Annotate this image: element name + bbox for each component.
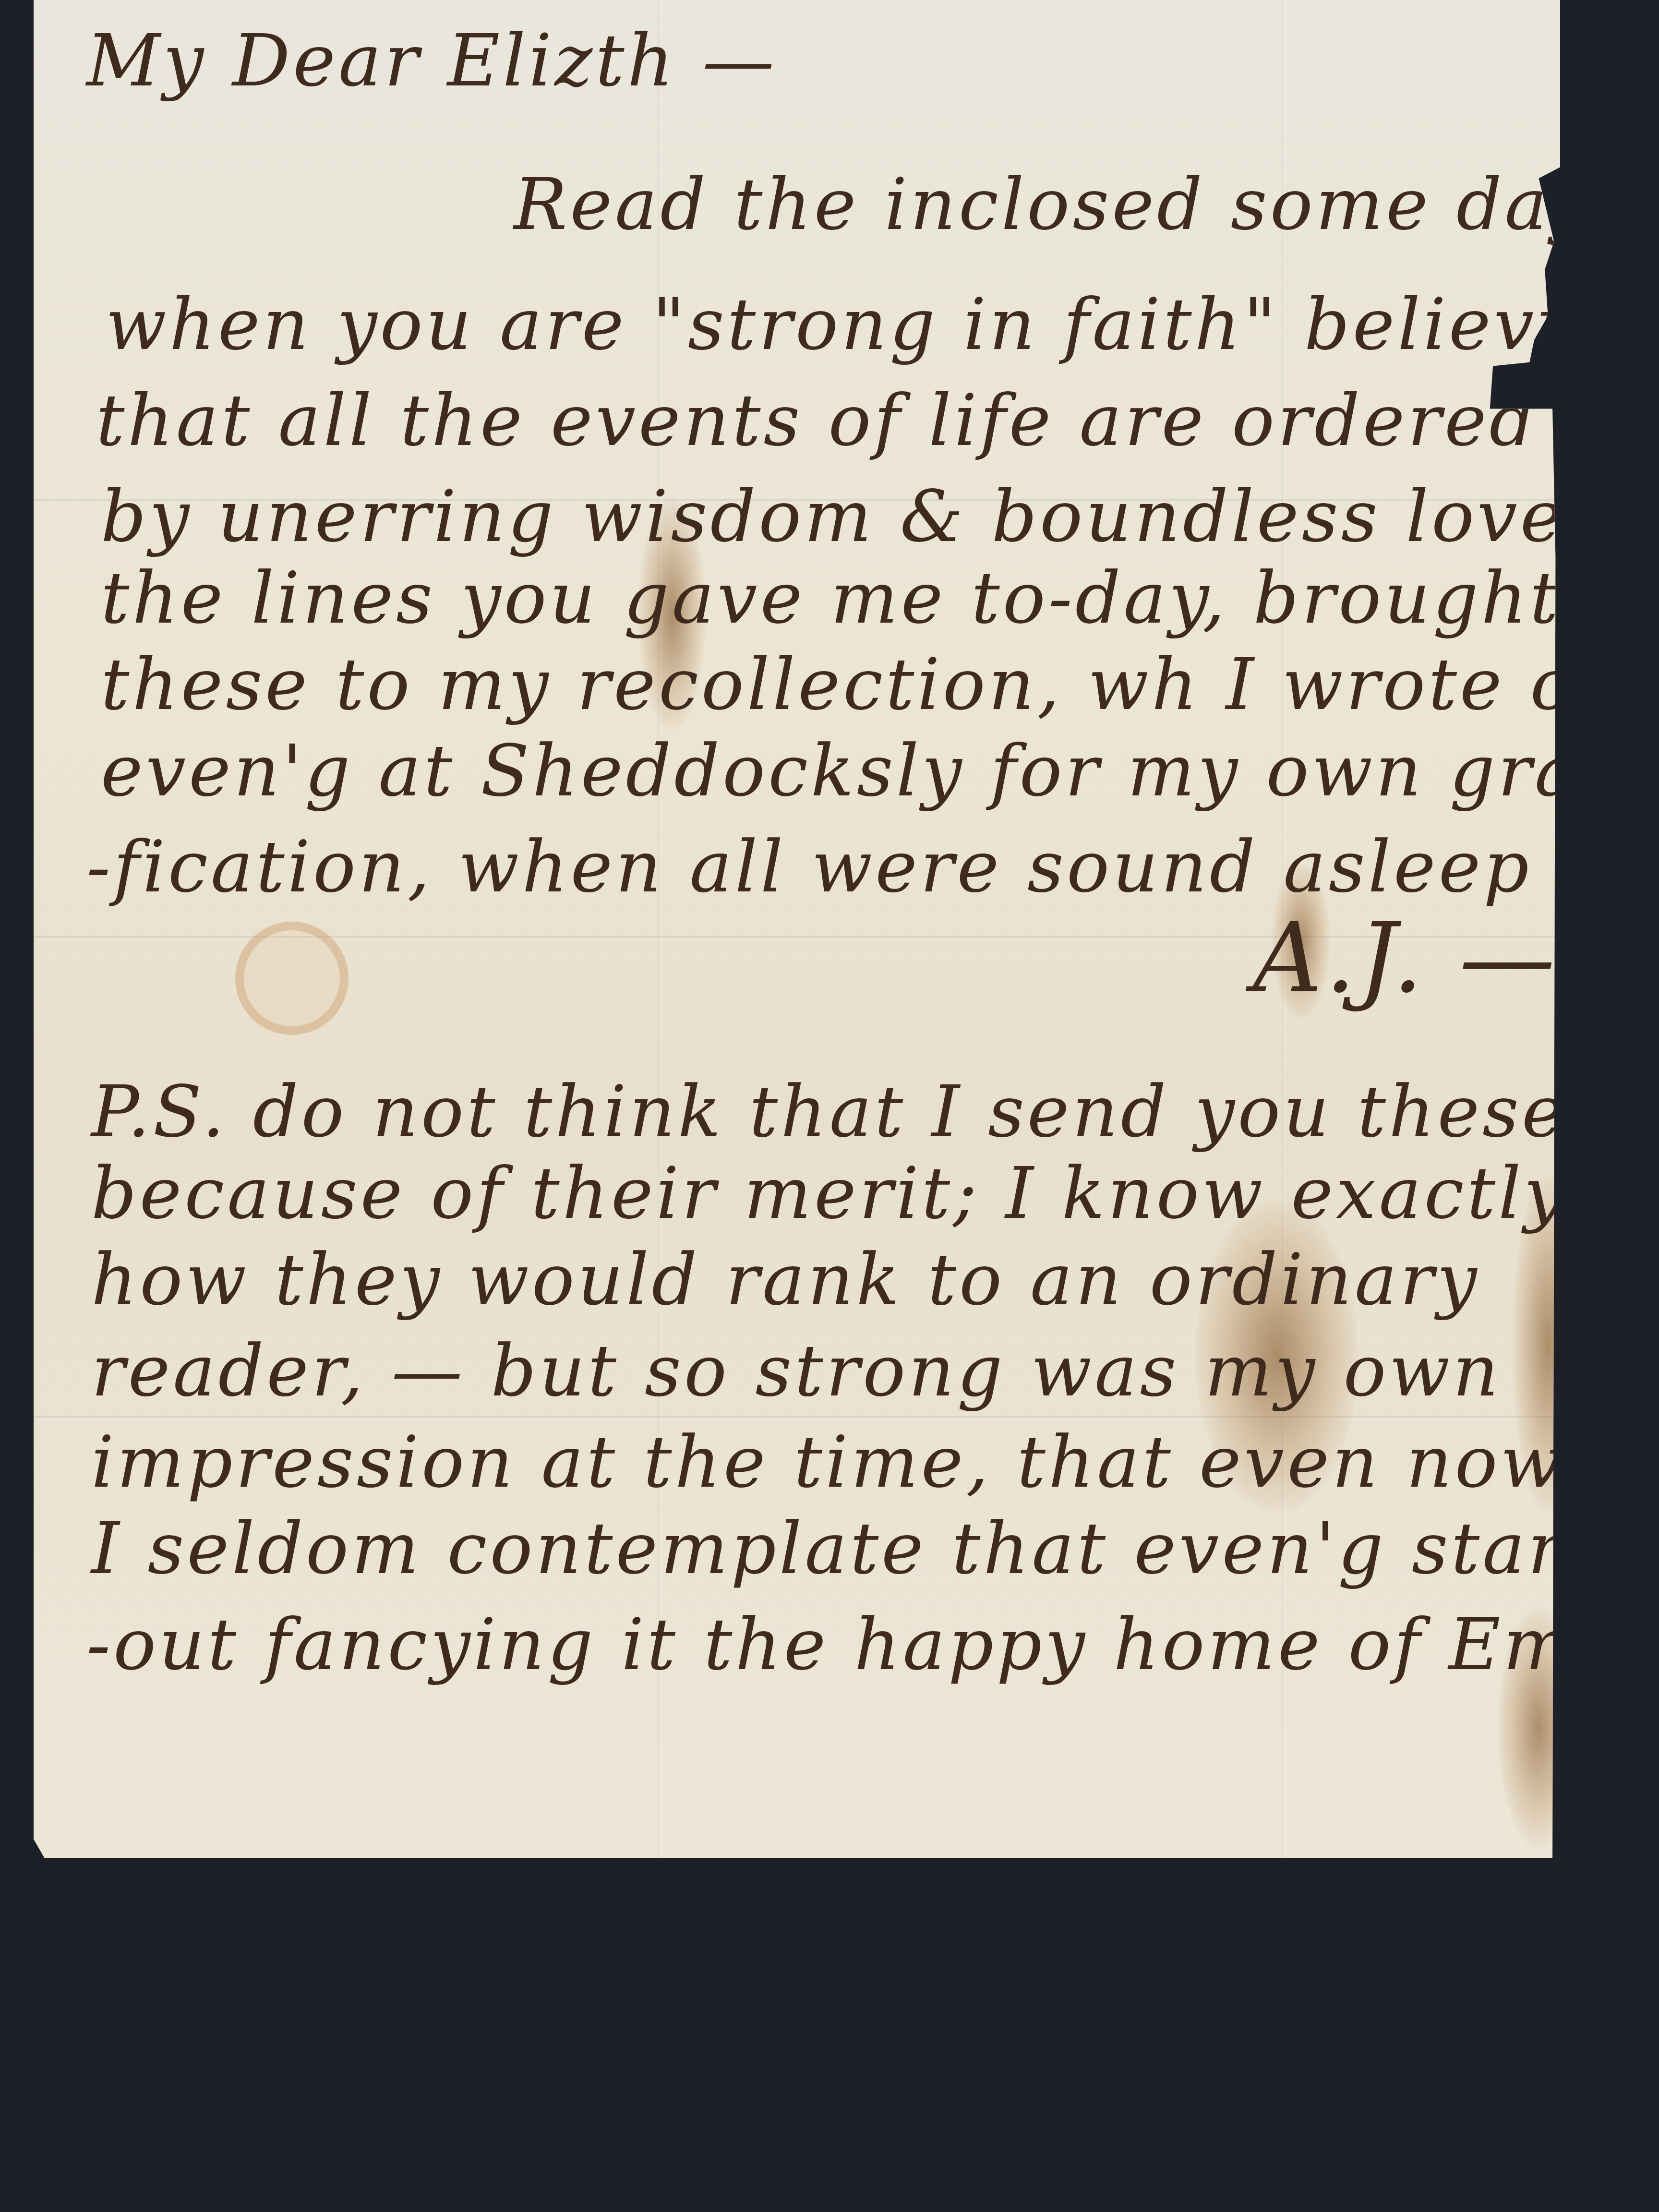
postscript-line-4: reader, — but so strong was my own bbox=[91, 1330, 1502, 1412]
letter-greeting: My Dear Elizth — bbox=[86, 19, 777, 103]
letter-line-7: even'g at Sheddocksly for my own grati- bbox=[101, 730, 1659, 812]
postscript-line-6: I seldom contemplate that even'g star, w… bbox=[91, 1507, 1659, 1590]
postscript-line-2: because of their merit; I know exactly bbox=[91, 1152, 1567, 1235]
ring-stain bbox=[235, 922, 349, 1035]
postscript-line-3: how they would rank to an ordinary bbox=[91, 1238, 1480, 1321]
postscript-line-1: P.S. do not think that I send you these … bbox=[91, 1070, 1659, 1153]
letter-line-3: that all the events of life are ordered bbox=[96, 379, 1538, 462]
letter-signature: A.J. — bbox=[1253, 902, 1558, 1014]
letter-line-4: by unerring wisdom & boundless love — bbox=[101, 475, 1659, 558]
letter-line-2: when you are "strong in faith" believing bbox=[106, 283, 1659, 366]
letter-line-5: the lines you gave me to-day, brought bbox=[101, 557, 1561, 639]
letter-paper: My Dear Elizth — Read the inclosed some … bbox=[34, 0, 1560, 1858]
letter-line-8: -fication, when all were sound asleep — bbox=[86, 826, 1631, 908]
letter-line-6: these to my recollection, wh I wrote one bbox=[101, 643, 1659, 726]
postscript-line-5: impression at the time, that even now bbox=[91, 1421, 1564, 1503]
postscript-line-7: -out fancying it the happy home of Emily… bbox=[86, 1603, 1659, 1686]
letter-line-1: Read the inclosed some day bbox=[514, 163, 1593, 246]
